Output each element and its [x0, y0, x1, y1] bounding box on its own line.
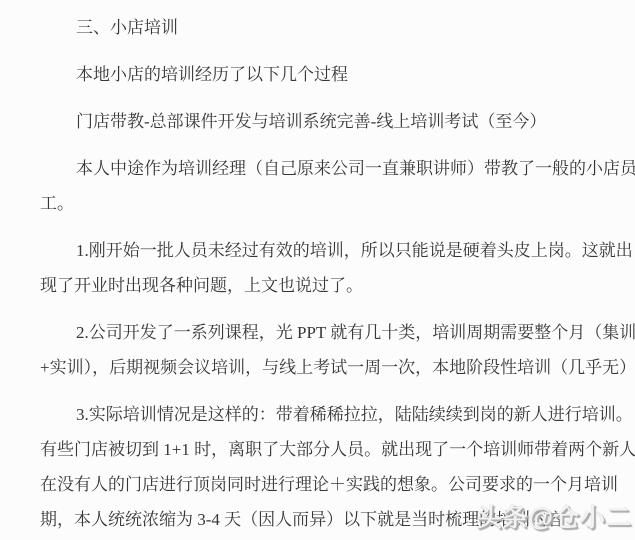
section-heading-text: 三、小店培训: [40, 10, 619, 45]
toutiao-watermark: 头条@仓小二: [477, 498, 632, 534]
text-line: 工。: [40, 186, 619, 221]
paragraph-point-2: 2.公司开发了一系列课程，光 PPT 就有几十类，培训周期需要整个月（集训 +实…: [40, 315, 619, 385]
text-line: 1.刚开始一批人员未经过有效的培训，所以只能说是硬着头皮上岗。这就出: [40, 233, 619, 268]
text-line: 在没有人的门店进行顶岗同时进行理论＋实践的想象。公司要求的一个月培训: [40, 467, 619, 502]
text-line: 现了开业时出现各种问题，上文也说过了。: [40, 268, 619, 303]
text-line: 2.公司开发了一系列课程，光 PPT 就有几十类，培训周期需要整个月（集训: [40, 315, 619, 350]
section-heading: 三、小店培训: [40, 10, 619, 45]
paragraph-process: 门店带教-总部课件开发与培训系统完善-线上培训考试（至今）: [40, 104, 619, 139]
text-line: 门店带教-总部课件开发与培训系统完善-线上培训考试（至今）: [40, 104, 619, 139]
text-line: 本地小店的培训经历了以下几个过程: [40, 57, 619, 92]
paragraph-intro: 本地小店的培训经历了以下几个过程: [40, 57, 619, 92]
paragraph-role: 本人中途作为培训经理（自己原来公司一直兼职讲师）带教了一般的小店员 工。: [40, 151, 619, 221]
text-line: 3.实际培训情况是这样的：带着稀稀拉拉，陆陆续续到岗的新人进行培训。: [40, 397, 619, 432]
text-line: 本人中途作为培训经理（自己原来公司一直兼职讲师）带教了一般的小店员: [40, 151, 619, 186]
document-body: 三、小店培训 本地小店的培训经历了以下几个过程 门店带教-总部课件开发与培训系统…: [0, 0, 635, 537]
text-line: +实训），后期视频会议培训，与线上考试一周一次，本地阶段性培训（几乎无）: [40, 350, 619, 385]
paragraph-point-1: 1.刚开始一批人员未经过有效的培训，所以只能说是硬着头皮上岗。这就出 现了开业时…: [40, 233, 619, 303]
text-line: 有些门店被切到 1+1 时，离职了大部分人员。就出现了一个培训师带着两个新人: [40, 432, 619, 467]
